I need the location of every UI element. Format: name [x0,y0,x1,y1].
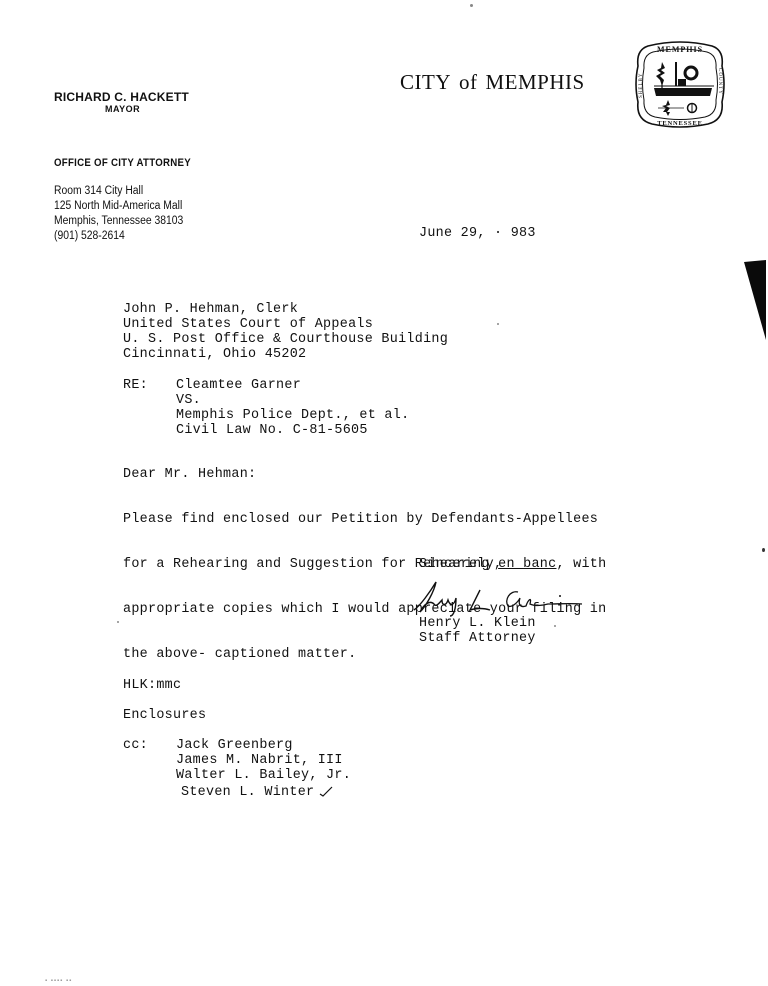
body-line: Please find enclosed our Petition by Def… [123,512,683,527]
scan-footer-marks: ▪ ▪▪▪▪ ▪▪ [45,978,72,984]
mayor-name: RICHARD C. HACKETT [54,90,189,104]
body-text: , with [556,557,606,572]
office-name: OFFICE OF CITY ATTORNEY [54,157,191,169]
recipient-address: John P. Hehman, Clerk United States Cour… [123,302,448,362]
re-line: Civil Law No. C-81-5605 [176,423,368,438]
svg-text:SHELBY: SHELBY [639,73,644,98]
closing: Sincerely, [419,557,502,572]
recipient-line: Cincinnati, Ohio 45202 [123,347,448,362]
recipient-line: U. S. Post Office & Courthouse Building [123,332,448,347]
cc-list: cc:Jack Greenberg James M. Nabrit, III W… [123,738,351,802]
cc-recipient: Walter L. Bailey, Jr. [176,768,351,783]
address-line: Room 314 City Hall [54,184,183,199]
address-line: 125 North Mid-America Mall [54,199,183,214]
city-seal-icon: MEMPHIS TENNESSEE SHELBY COUNTY [634,40,726,128]
signer-title: Staff Attorney [419,631,536,646]
salutation: Dear Mr. Hehman: [123,467,256,482]
body-line: appropriate copies which I would appreci… [123,602,683,617]
body-line: for a Rehearing and Suggestion for Rehea… [123,557,683,572]
scan-speck [762,548,765,552]
recipient-line: John P. Hehman, Clerk [123,302,448,317]
address-line: Memphis, Tennessee 38103 [54,214,183,229]
cc-recipient: Jack Greenberg [176,738,293,753]
scan-speck [497,323,499,325]
body-paragraph: Please find enclosed our Petition by Def… [123,482,683,677]
re-block: RE:Cleamtee Garner VS. Memphis Police De… [123,378,409,438]
phone-line: (901) 528-2614 [54,229,183,244]
city-title: CITYofMEMPHIS [400,70,585,95]
enclosures-note: Enclosures [123,708,206,723]
cc-recipient: James M. Nabrit, III [176,753,343,768]
svg-text:COUNTY: COUNTY [717,68,722,95]
city-title-name: MEMPHIS [486,70,585,94]
city-title-city: CITY [400,70,451,94]
body-line: the above- captioned matter. [123,647,683,662]
reference-initials: HLK:mmc [123,678,181,693]
scan-edge-mark [744,260,768,340]
checkmark-icon [319,785,333,802]
recipient-line: United States Court of Appeals [123,317,448,332]
signer-name: Henry L. Klein [419,616,536,631]
re-line: VS. [176,393,201,408]
signer-block: Henry L. Klein Staff Attorney [419,616,536,646]
office-address: Room 314 City Hall 125 North Mid-America… [54,184,183,244]
handwritten-signature-icon [410,578,585,618]
letter-date: June 29, · 983 [419,226,536,241]
cc-recipient: Steven L. Winter [181,785,314,802]
mayor-title: MAYOR [105,104,140,114]
svg-text:MEMPHIS: MEMPHIS [657,45,703,54]
scan-speck [554,625,556,627]
cc-label: cc: [123,738,176,753]
scan-speck [117,621,119,623]
re-label: RE: [123,378,176,393]
en-banc-underlined: en banc [498,557,556,572]
scan-speck [470,4,473,7]
city-title-of: of [459,70,478,94]
svg-text:TENNESSEE: TENNESSEE [657,120,703,127]
re-line: Memphis Police Dept., et al. [176,408,409,423]
re-line: Cleamtee Garner [176,378,301,393]
